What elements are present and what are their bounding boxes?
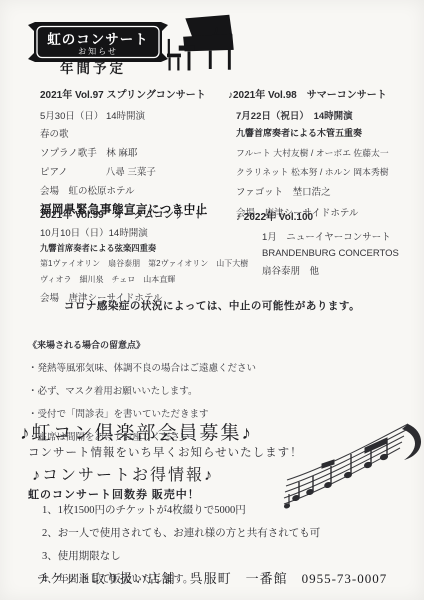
deal-heading: ♪コンサートお得情報♪ bbox=[32, 462, 214, 485]
vol100-line: 1月 ニューイヤーコンサート bbox=[262, 229, 399, 243]
deal-item: 1、1枚1500円のチケットが4枚綴りで5000円 bbox=[42, 502, 320, 517]
concert-vol97: 2021年 Vol.97 スプリングコンサート 5月30日（日） 14時開演 春… bbox=[40, 86, 208, 217]
concert-vol100: ♪ 2022年 Vol.100 1月 ニューイヤーコンサート BRANDENBU… bbox=[236, 208, 399, 277]
vol97-program: 春の歌 bbox=[40, 126, 208, 140]
badge-title: 虹のコンサート bbox=[28, 28, 168, 48]
ticket-shop-info: チケット取り扱い店舗 呉服町 一番館 0955-73-0007 bbox=[0, 568, 424, 587]
vol97-venue: 会場 虹の松原ホテル bbox=[40, 183, 208, 197]
vol99-performer: ヴィオラ 細川泉 チェロ 山本直輝 bbox=[40, 274, 248, 285]
vol98-performer: フルート 大村友樹 / オーボエ 佐藤太一 bbox=[236, 146, 389, 159]
badge-subtitle: お知らせ bbox=[28, 46, 168, 57]
vol100-title: ♪ 2022年 Vol.100 bbox=[236, 208, 399, 223]
vol97-performer: ピアノ 八尋 三菜子 bbox=[40, 164, 208, 178]
vol98-performer: ファゴット 埜口浩之 bbox=[236, 184, 389, 198]
concert-vol98: ♪2021年 Vol.98 サマーコンサート 7月22日（祝日） 14時開演 九… bbox=[228, 86, 389, 219]
vol97-date: 5月30日（日） 14時開演 bbox=[40, 108, 208, 122]
caution-item: ・必ず、マスク着用お願いいたします。 bbox=[28, 383, 256, 397]
vol99-date: 10月10日（日）14時開演 bbox=[40, 225, 248, 239]
vol97-performer: ソプラノ歌手 林 麻耶 bbox=[40, 145, 208, 159]
cautions-heading: 《来場される場合の留意点》 bbox=[28, 338, 256, 351]
vol99-title: 2021年 Vol.99 オータムコンサート bbox=[40, 206, 248, 221]
music-staff-decoration bbox=[282, 408, 422, 518]
concert-flyer: 虹のコンサート お知らせ 年間予定 2021年 Vol.97 スプリングコンサー… bbox=[0, 0, 424, 600]
club-recruit-text: コンサート情報をいち早くお知らせいたします！ bbox=[28, 444, 303, 460]
deal-item: 3、使用期限なし bbox=[42, 548, 320, 563]
vol99-performer: 第1ヴァイオリン 扇谷泰朋 第2ヴァイオリン 山下大樹 bbox=[40, 258, 248, 269]
vol99-program: 九響首席奏者による弦楽四重奏 bbox=[40, 242, 248, 254]
vol100-line: 扇谷泰朋 他 bbox=[262, 263, 399, 277]
vol98-program: 九響首席奏者による木管五重奏 bbox=[236, 126, 389, 139]
concert-vol99: 2021年 Vol.99 オータムコンサート 10月10日（日）14時開演 九響… bbox=[40, 206, 248, 304]
deal-item: 2、お一人で使用されても、お連れ様の方と共有されても可 bbox=[42, 525, 320, 540]
vol98-date: 7月22日（祝日） 14時開演 bbox=[236, 108, 389, 122]
announcement-badge: 虹のコンサート お知らせ bbox=[28, 22, 168, 62]
vol100-line: BRANDENBURG CONCERTOS bbox=[262, 248, 399, 259]
vol97-title: 2021年 Vol.97 スプリングコンサート bbox=[40, 86, 208, 101]
vol98-performer: クラリネット 松本努 / ホルン 岡本秀樹 bbox=[236, 165, 389, 178]
annual-schedule-label: 年間予定 bbox=[60, 57, 180, 77]
grand-piano-icon bbox=[163, 14, 237, 80]
club-recruit-heading: ♪虹コン倶楽部会員募集♪ bbox=[20, 418, 253, 445]
covid-cancellation-note: コロナ感染症の状況によっては、中止の可能性があります。 bbox=[0, 298, 424, 313]
vol98-title: ♪2021年 Vol.98 サマーコンサート bbox=[228, 86, 389, 101]
deal-text: 虹のコンサート回数券 販売中！ bbox=[28, 486, 200, 502]
caution-item: ・発熱等風邪気味、体調不良の場合はご遠慮ください bbox=[28, 360, 256, 374]
